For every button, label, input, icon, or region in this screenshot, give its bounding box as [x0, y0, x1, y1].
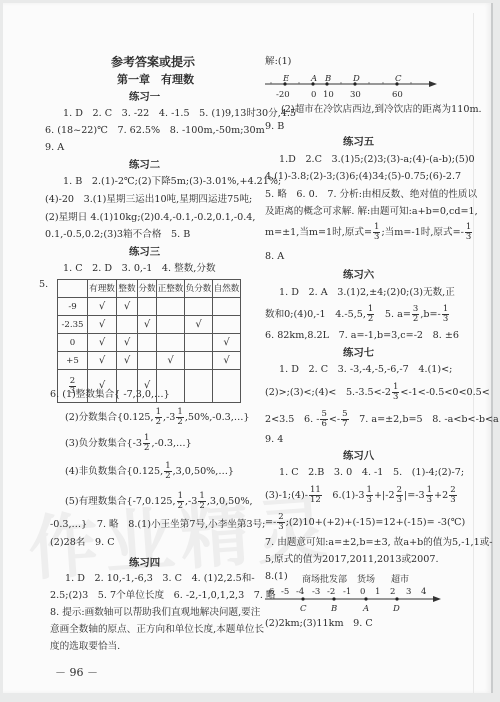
fraction: 56: [320, 410, 327, 429]
section-heading-ex3: 练习三: [129, 245, 160, 259]
point-letter-C: C: [300, 602, 307, 616]
check-cell: [157, 316, 185, 334]
check-cell: √: [88, 316, 117, 334]
fraction: 1112: [309, 486, 322, 505]
check-cell: √: [157, 352, 185, 370]
check-cell: √: [213, 352, 241, 370]
fraction: 12: [155, 408, 162, 427]
check-cell: √: [213, 334, 241, 352]
fraction: 13: [392, 383, 399, 402]
table-header-row: 有理数 整数 分数 正整数 负分数 自然数: [58, 280, 241, 298]
check-cell: √: [88, 352, 117, 370]
ex5-line3: 5. 略 6. 0. 7. 分析:由相反数、绝对值的性质以: [265, 188, 477, 202]
ex2-line1: 1. B 2.(1)-2℃;(2)下降5m;(3)-3.01%,+4.21%;: [63, 175, 281, 189]
ex2-line4: 0.1,-0.5,0.2;(3)3箱不合格 5. B: [45, 228, 190, 242]
table-row: -9 √ √: [58, 298, 241, 316]
q6-5: (5)有理数集合{-7,0.125,12,-312,3,0,50%,: [65, 492, 253, 511]
row-label: +5: [58, 352, 88, 370]
ex4-line5: 度的选取要恰当.: [50, 640, 120, 654]
point-letter-B: B: [331, 602, 337, 616]
section-heading-ex8: 练习八: [343, 449, 374, 463]
row-label: -9: [58, 298, 88, 316]
ex4-cont-line2: (2)超市在冷饮店西边,到冷饮店的距离为110m.: [281, 103, 482, 117]
tick-label: -20: [276, 88, 290, 102]
ex8-line1: 1. C 2.B 3. 0 4. -1 5. (1)-4;(2)-7;: [279, 466, 464, 480]
ex5-line6: 8. A: [265, 250, 284, 264]
fraction: 13: [465, 223, 472, 242]
check-cell: [138, 298, 157, 316]
table-row: 0 √ √ √: [58, 334, 241, 352]
fraction: 13: [442, 305, 449, 324]
point-letter-C: C: [395, 72, 402, 86]
check-cell: [138, 334, 157, 352]
table-header-cell: 自然数: [213, 280, 241, 298]
ex6-line2: 数和0;(4)0,-1 4.-5,5,12 5. a=32,b=-13: [265, 305, 450, 324]
ex2-line2: (4)-20 3.(1)星期三运出10吨,星期四运进75吨;: [45, 193, 252, 207]
ex3-line1: 1. C 2. D 3. 0,-1 4. 整数,分数: [63, 262, 216, 276]
q6-4: (4)非负数集合{0.125,12,3,0,50%,…}: [65, 462, 234, 481]
table-row: +5 √ √ √ √: [58, 352, 241, 370]
fraction: 13: [366, 486, 373, 505]
place-label-wholesale: 商场批发部: [302, 573, 347, 587]
ex8-line3: =-23;(2)10+(+2)+(-15)=12+(-15)= -3(℃): [265, 513, 465, 532]
number-line-market: [261, 595, 446, 605]
chapter-title: 第一章 有理数: [117, 73, 194, 87]
check-cell: √: [88, 334, 117, 352]
point-letter-A: A: [363, 602, 369, 616]
check-cell: [117, 316, 138, 334]
section-heading-ex6: 练习六: [343, 268, 374, 282]
number-classification-table-wrap: 有理数 整数 分数 正整数 负分数 自然数 -9 √ √ -: [57, 279, 241, 403]
tick-label: 10: [323, 88, 334, 102]
check-cell: √: [138, 316, 157, 334]
point-letter-B: B: [325, 72, 331, 86]
fraction: 12: [177, 492, 184, 511]
ex4-line4: 意画全数轴的原点、正方向和单位长度,本题单位长: [50, 623, 264, 637]
ex8-line5: 5,原式的值为2017,2011,2013或2007.: [265, 553, 439, 567]
fraction: 12: [367, 305, 374, 324]
fraction: 12: [143, 434, 150, 453]
ex6-line3: 6. 82km,8.2L 7. a=-1,b=3,c=-2 8. ±6: [265, 329, 459, 343]
table-header-cell: 正整数: [157, 280, 185, 298]
page-title: 参考答案或提示: [111, 55, 195, 69]
check-cell: [213, 316, 241, 334]
point-letter-E: E: [283, 72, 289, 86]
ex2-line3: (2)星期日 4.(1)10kg;(2)0.4,-0.1,-0.2,0.1,-0…: [45, 211, 255, 225]
number-classification-table: 有理数 整数 分数 正整数 负分数 自然数 -9 √ √ -: [57, 279, 241, 403]
table-header-cell: 有理数: [88, 280, 117, 298]
check-cell: [213, 298, 241, 316]
check-cell: [213, 370, 241, 403]
q6-2: (2)分数集合{0.125,12,-312,50%,-0.3,…}: [65, 408, 250, 427]
point-letter-A: A: [311, 72, 317, 86]
check-cell: [185, 370, 213, 403]
ex6-line1: 1. D 2. A 3.(1)2,±4;(2)0;(3)无数,正: [279, 286, 455, 300]
solution-label: 解:(1): [265, 55, 291, 69]
ex1-line1: 1. D 2. C 3. -22 4. -1.5 5. (1)9,13时30分,…: [63, 107, 296, 121]
check-cell: [185, 298, 213, 316]
fraction: 57: [341, 410, 348, 429]
ex7-line1: 1. D 2. C 3. -3,-4,-5,-6,-7 4.(1)<;: [279, 363, 452, 377]
check-cell: √: [88, 298, 117, 316]
check-cell: [185, 352, 213, 370]
fraction: 13: [426, 486, 433, 505]
ex5-line4: 及距离的概念可求解. 解:由题可知:a+b=0,cd=1,: [265, 205, 478, 219]
fraction: 23: [277, 513, 284, 532]
check-cell: √: [117, 352, 138, 370]
ex5-line5: m=±1,当m=1时,原式=13;当m=-1时,原式=-13: [265, 223, 473, 242]
ex3-line-cont: -0.3,…} 7. 略 8.(1)小王坐第7号,小李坐第3号;: [50, 518, 265, 532]
check-cell: √: [185, 316, 213, 334]
table-header-cell: 分数: [138, 280, 157, 298]
table-row: -2.35 √ √ √: [58, 316, 241, 334]
fraction: 32: [412, 305, 419, 324]
ex1-line2: 6. (18~22)℃ 7. 62.5% 8. -100m,-50m;30m: [45, 124, 265, 138]
fraction: 13: [373, 223, 380, 242]
tick-label: 30: [350, 88, 361, 102]
point-letter-D: D: [353, 72, 360, 86]
check-cell: [157, 298, 185, 316]
q6-1: 6. (1)整数集合{ -7,3,0,…}: [50, 388, 170, 402]
check-cell: [185, 334, 213, 352]
ex4-line2: 2.5;(2)3 5. 7个单位长度 6. -2,-1,0,1,2,3 7. 略: [50, 589, 276, 603]
ex8-line4: 7. 由题意可知:a=±2,b=±3, 故a+b的值为5,-1,1或-: [265, 536, 493, 550]
fraction: 12: [198, 492, 205, 511]
fraction: 12: [164, 462, 171, 481]
ex5-line1: 1.D 2.C 3.(1)5;(2)3;(3)-a;(4)-(a-b);(5)0: [279, 153, 475, 167]
check-cell: [157, 334, 185, 352]
section-heading-ex5: 练习五: [343, 135, 374, 149]
check-cell: √: [117, 334, 138, 352]
q5-label: 5.: [39, 278, 48, 292]
ex4-line1: 1. D 2. 10,-1,-6,3 3. C 4. (1)2,2.5和-: [65, 572, 255, 586]
check-cell: [138, 352, 157, 370]
table-header-cell: 整数: [117, 280, 138, 298]
fraction: 23: [396, 486, 403, 505]
row-label: 0: [58, 334, 88, 352]
tick-label: 0: [311, 88, 316, 102]
section-heading-ex7: 练习七: [343, 346, 374, 360]
ex8-line2: (3)-1;(4)-1112 6.(1)-313+|-223|=-313+223: [265, 486, 458, 505]
ex5-line2: 4.(1)-3.8;(2)-3;(3)6;(4)34;(5)-0.75;(6)-…: [265, 170, 461, 184]
section-heading-ex1: 练习一: [129, 90, 160, 104]
ex7-line3: 2<3.5 6. -56<-57 7. a=±2,b=5 8. -a<b<-b<…: [265, 410, 499, 429]
point-letter-D: D: [393, 602, 400, 616]
section-heading-ex2: 练习二: [129, 158, 160, 172]
q6-3: (3)负分数集合{-312,-0.3,…}: [65, 434, 192, 453]
check-cell: √: [117, 298, 138, 316]
ex7-line2: (2)>;(3)<;(4)< 5.-3.5<-213<-1<-0.5<0<0.5…: [265, 383, 490, 402]
fraction: 12: [176, 408, 183, 427]
row-label: -2.35: [58, 316, 88, 334]
ex8-line7: (2)2km;(3)11km 9. C: [265, 617, 373, 631]
ex4-line3: 8. 提示:画数轴可以帮助我们直观地解决问题,要注: [50, 606, 260, 620]
table-header-cell: [58, 280, 88, 298]
tick-label: 60: [392, 88, 403, 102]
ex4-cont-line3: 9. B: [265, 120, 284, 134]
ex8-line6: 8.(1): [265, 570, 288, 584]
ex3-line-last: (2)28名 9. C: [50, 536, 115, 550]
ex7-line4: 9. 4: [265, 433, 283, 447]
answer-key-page: 作业精灵 参考答案或提示 第一章 有理数 练习一 1. D 2. C 3. -2…: [3, 3, 493, 693]
ex1-line3: 9. A: [45, 141, 64, 155]
table-header-cell: 负分数: [185, 280, 213, 298]
page-number: － 96 －: [55, 666, 98, 680]
fraction: 23: [449, 486, 456, 505]
section-heading-ex4: 练习四: [129, 556, 160, 570]
